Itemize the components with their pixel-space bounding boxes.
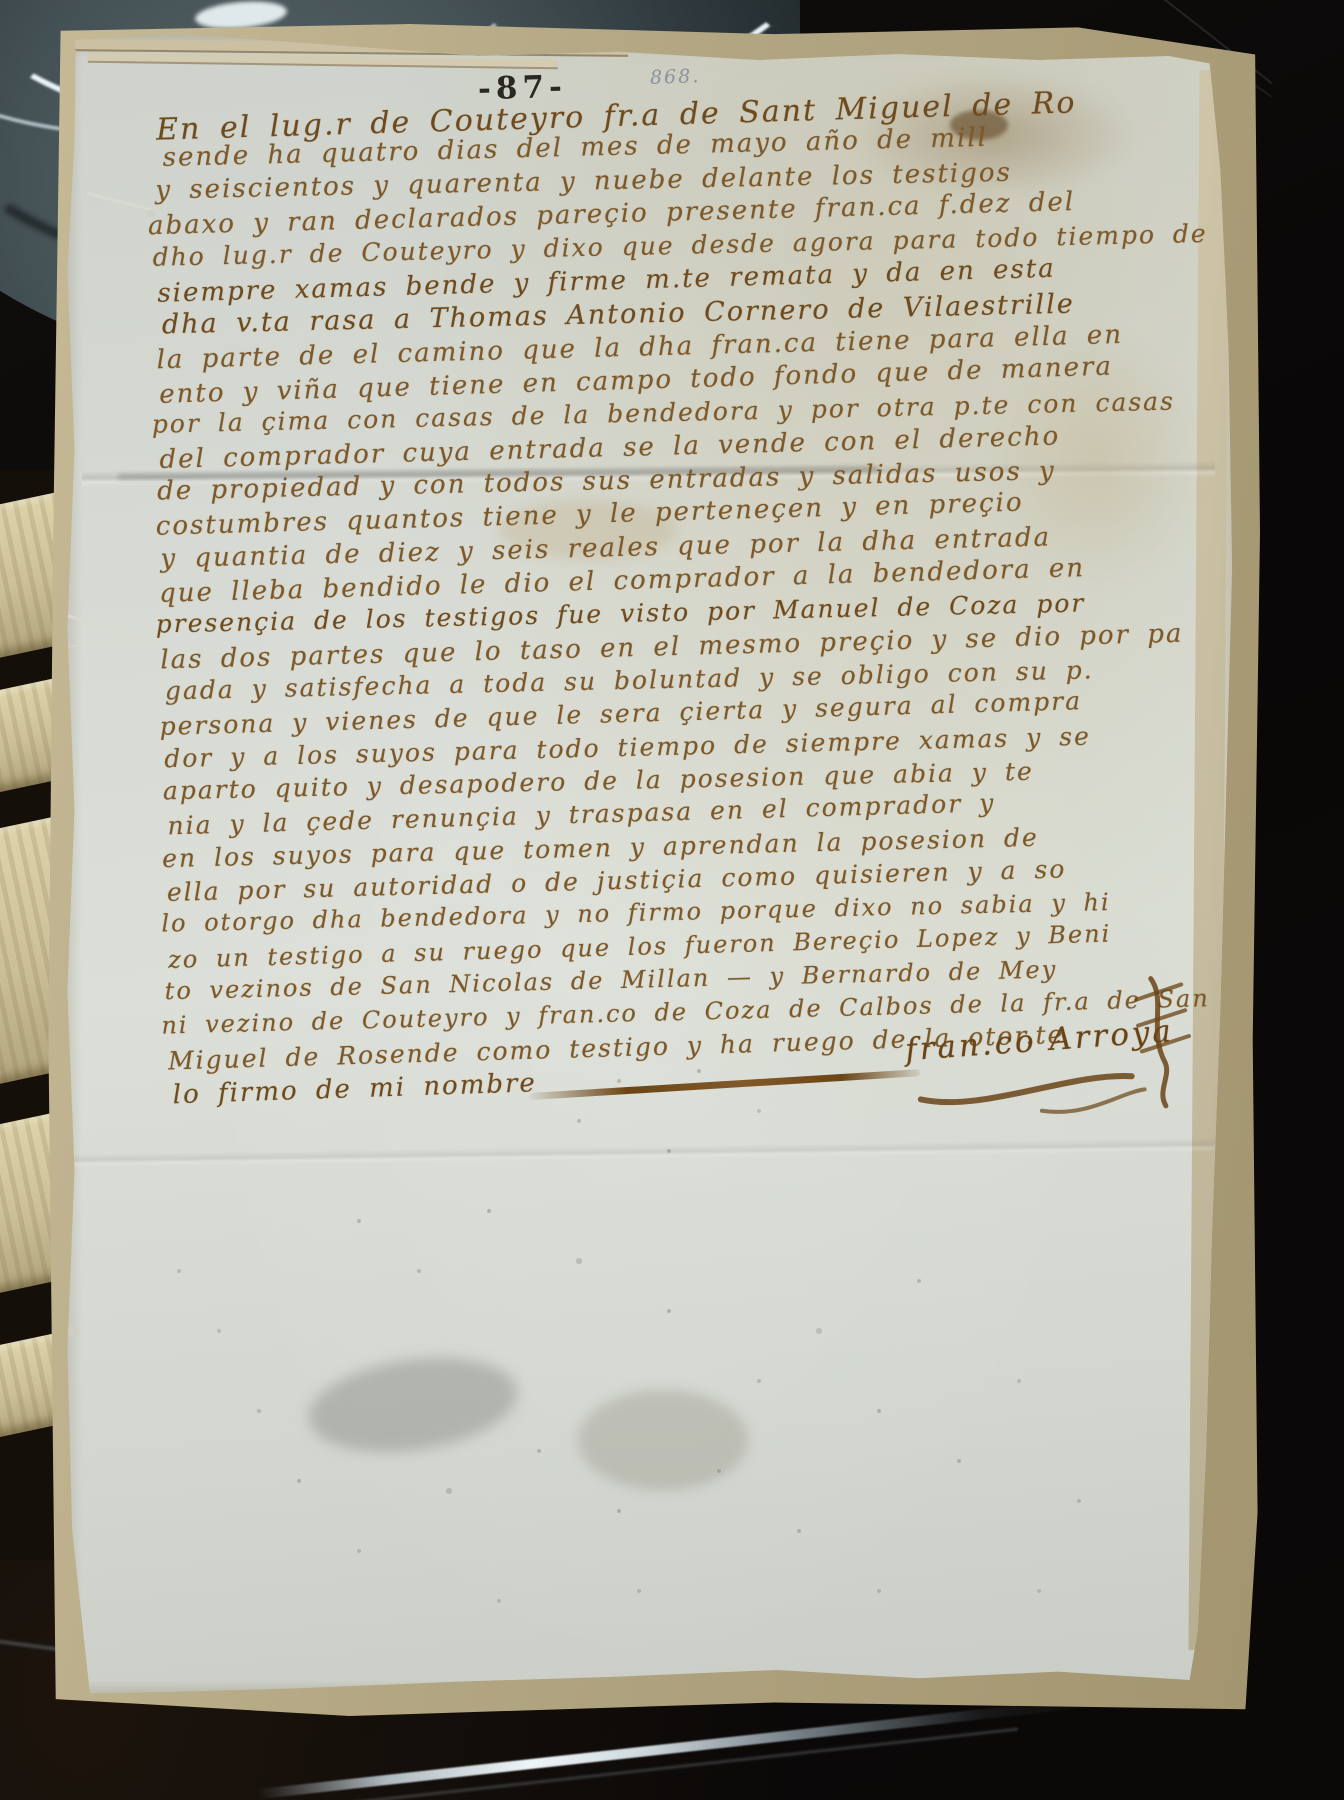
table-edge-highlight-dim	[322, 1728, 1018, 1800]
manuscript-page: -87- 868. En el lug.r de Couteyro fr.a d…	[58, 30, 1238, 1700]
photo-scene: -87- 868. En el lug.r de Couteyro fr.a d…	[0, 0, 1344, 1800]
text-line: lo firmo de mi nombre	[172, 1068, 537, 1110]
closing-flourish-dash	[529, 1069, 921, 1100]
signature: fran.co Arroya	[883, 966, 1224, 1149]
manuscript-text: En el lug.r de Couteyro fr.a de Sant Mig…	[56, 9, 1268, 1701]
